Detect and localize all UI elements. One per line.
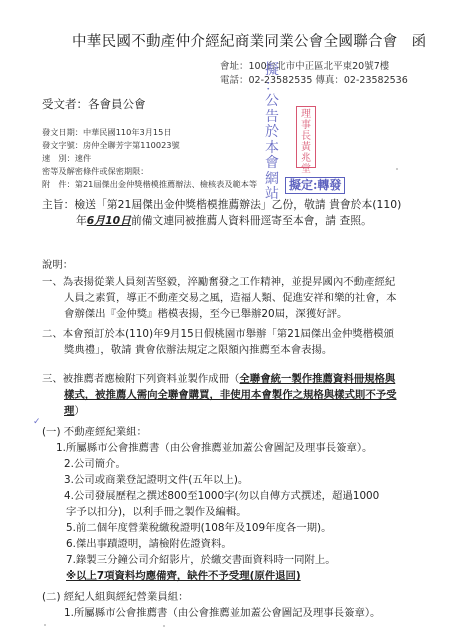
item1-line-1: 一、為表揚從業人員刻苦堅毅，淬勵奮發之工作精神，並提昇國內不動產經紀 [42,273,395,288]
deadline-date: 6月10日 [87,214,131,227]
document-type: 函 [412,34,427,50]
seal-char: 堂 [297,164,315,175]
handwritten-note-stamp: 擬 ： 公 告 於 本 會 網 站 [263,63,281,203]
group1-heading: (一) 不動產經紀業組： [42,423,147,438]
group1-item-5: 5.前二個年度營業稅繳稅證明(108年及109年度各一期)。 [66,519,332,534]
scan-speck [396,168,398,170]
organization-name: 中華民國不動產仲介經紀商業同業公會全國聯合會 [72,34,398,50]
item3-emphasis-3: 理 [64,405,74,417]
secrecy: 密等及解密條件或保密期限： [42,166,148,177]
issue-date: 發文日期：中華民國110年3月15日 [42,127,172,138]
priority: 速 別：速件 [42,153,91,164]
chairman-seal-stamp: 理 事 長 黃 兆 堂 [296,106,316,168]
stamp-char: 擬 [263,63,281,79]
scan-speck [44,624,46,626]
group1-note: ※以上7項資料均應備齊，缺件不予受理(原件退回) [66,567,301,582]
item2-line-2: 獎典禮」，敬請 貴會依辦法規定之限額內推薦至本會表揚。 [64,341,332,356]
group1-item-6: 6.傑出事蹟證明，請檢附佐證資料。 [66,535,232,550]
subject-tail: 前備文連同被推薦人資料冊逕寄至本會，請 查照。 [131,214,372,227]
stamp-char: 站 [263,187,281,203]
group1-item-2: 2.公司簡介。 [64,455,126,470]
recipient: 受文者：各會員公會 [42,96,146,112]
stamp-char: 公 [263,94,281,110]
subject-line-1: 主旨：檢送「第21屆傑出金仲獎楷模推薦辦法」乙份，敬請 貴會於本(110) [42,197,401,212]
subject-year: 年 [76,214,87,227]
item3-line-1: 三、被推薦者應檢附下列資料並製作成冊（全聯會統一製作推薦資料冊規格與 [42,370,395,385]
group1-item-4-cont: 字予以扣分)，以利手冊之製作及編輯。 [66,503,247,518]
seal-char: 理 [297,109,315,120]
seal-char: 兆 [297,153,315,164]
item1-line-3: 會辦傑出『金仲獎』楷模表揚，至今已舉辦20屆，深獲好評。 [64,305,347,320]
subject-line-2: 年6月10日前備文連同被推薦人資料冊逕寄至本會，請 查照。 [76,213,372,228]
group2-heading: (二) 經紀人組與經紀營業員組： [42,588,189,603]
phone-fax: 電話：02-23582535 傳真：02-23582536 [220,72,408,86]
group1-item-7: 7.錄製三分鐘公司介紹影片，於繳交書面資料時一同附上。 [66,551,336,566]
seal-char: 黃 [297,142,315,153]
attachment: 附 件：第21屆傑出金仲獎楷模推薦辦法、檢核表及範本等 [42,179,257,190]
group1-item-1: 1.所屬縣市公會推薦書（由公會推薦並加蓋公會圖記及理事長簽章）。 [56,439,372,454]
seal-char: 事 [297,120,315,131]
group1-item-3: 3.公司或商業登記證明文件(五年以上)。 [64,471,248,486]
item3-emphasis-1: 全聯會統一製作推薦資料冊規格與 [239,373,395,385]
stamp-char: 本 [263,141,281,157]
stamp-char: 於 [263,125,281,141]
seal-char: 長 [297,131,315,142]
forward-decision-stamp: 擬定:轉發 [285,177,345,194]
item1-line-2: 人員之素質，導正不動產交易之風，造福人類、促進安祥和樂的社會，本 [64,289,397,304]
item3-line-3: 理） [64,402,85,417]
item3-prefix: 三、被推薦者應檢附下列資料並製作成冊（ [42,373,239,385]
stamp-char: 告 [263,110,281,126]
explanation-heading: 說明： [42,256,73,271]
scan-speck [163,625,165,627]
group1-item-4: 4.公司發展歷程之撰述800至1000字(勿以自傳方式撰述，超過1000 [64,487,379,502]
check-mark-icon: ✓ [33,417,41,427]
stamp-char: 會 [263,156,281,172]
stamp-char: ： [263,79,281,95]
stamp-char: 網 [263,172,281,188]
item3-suffix: ） [74,405,84,417]
document-number: 發文字號：房仲全聯芳字第110023號 [42,140,180,151]
address: 會址：100台北市中正區北平東20號7樓 [220,58,389,72]
letterhead-title: 中華民國不動產仲介經紀商業同業公會全國聯合會函 [72,30,426,51]
group2-item-1: 1.所屬縣市公會推薦書（由公會推薦並加蓋公會圖記及理事長簽章）。 [64,604,380,619]
item3-emphasis-2: 樣式，被推薦人需向全聯會購買，非使用本會製作之規格與樣式則不予受 [64,386,397,401]
item2-line-1: 二、本會預訂於本(110)年9月15日假桃園市舉辦「第21屆傑出金仲獎楷模頒 [42,325,394,340]
